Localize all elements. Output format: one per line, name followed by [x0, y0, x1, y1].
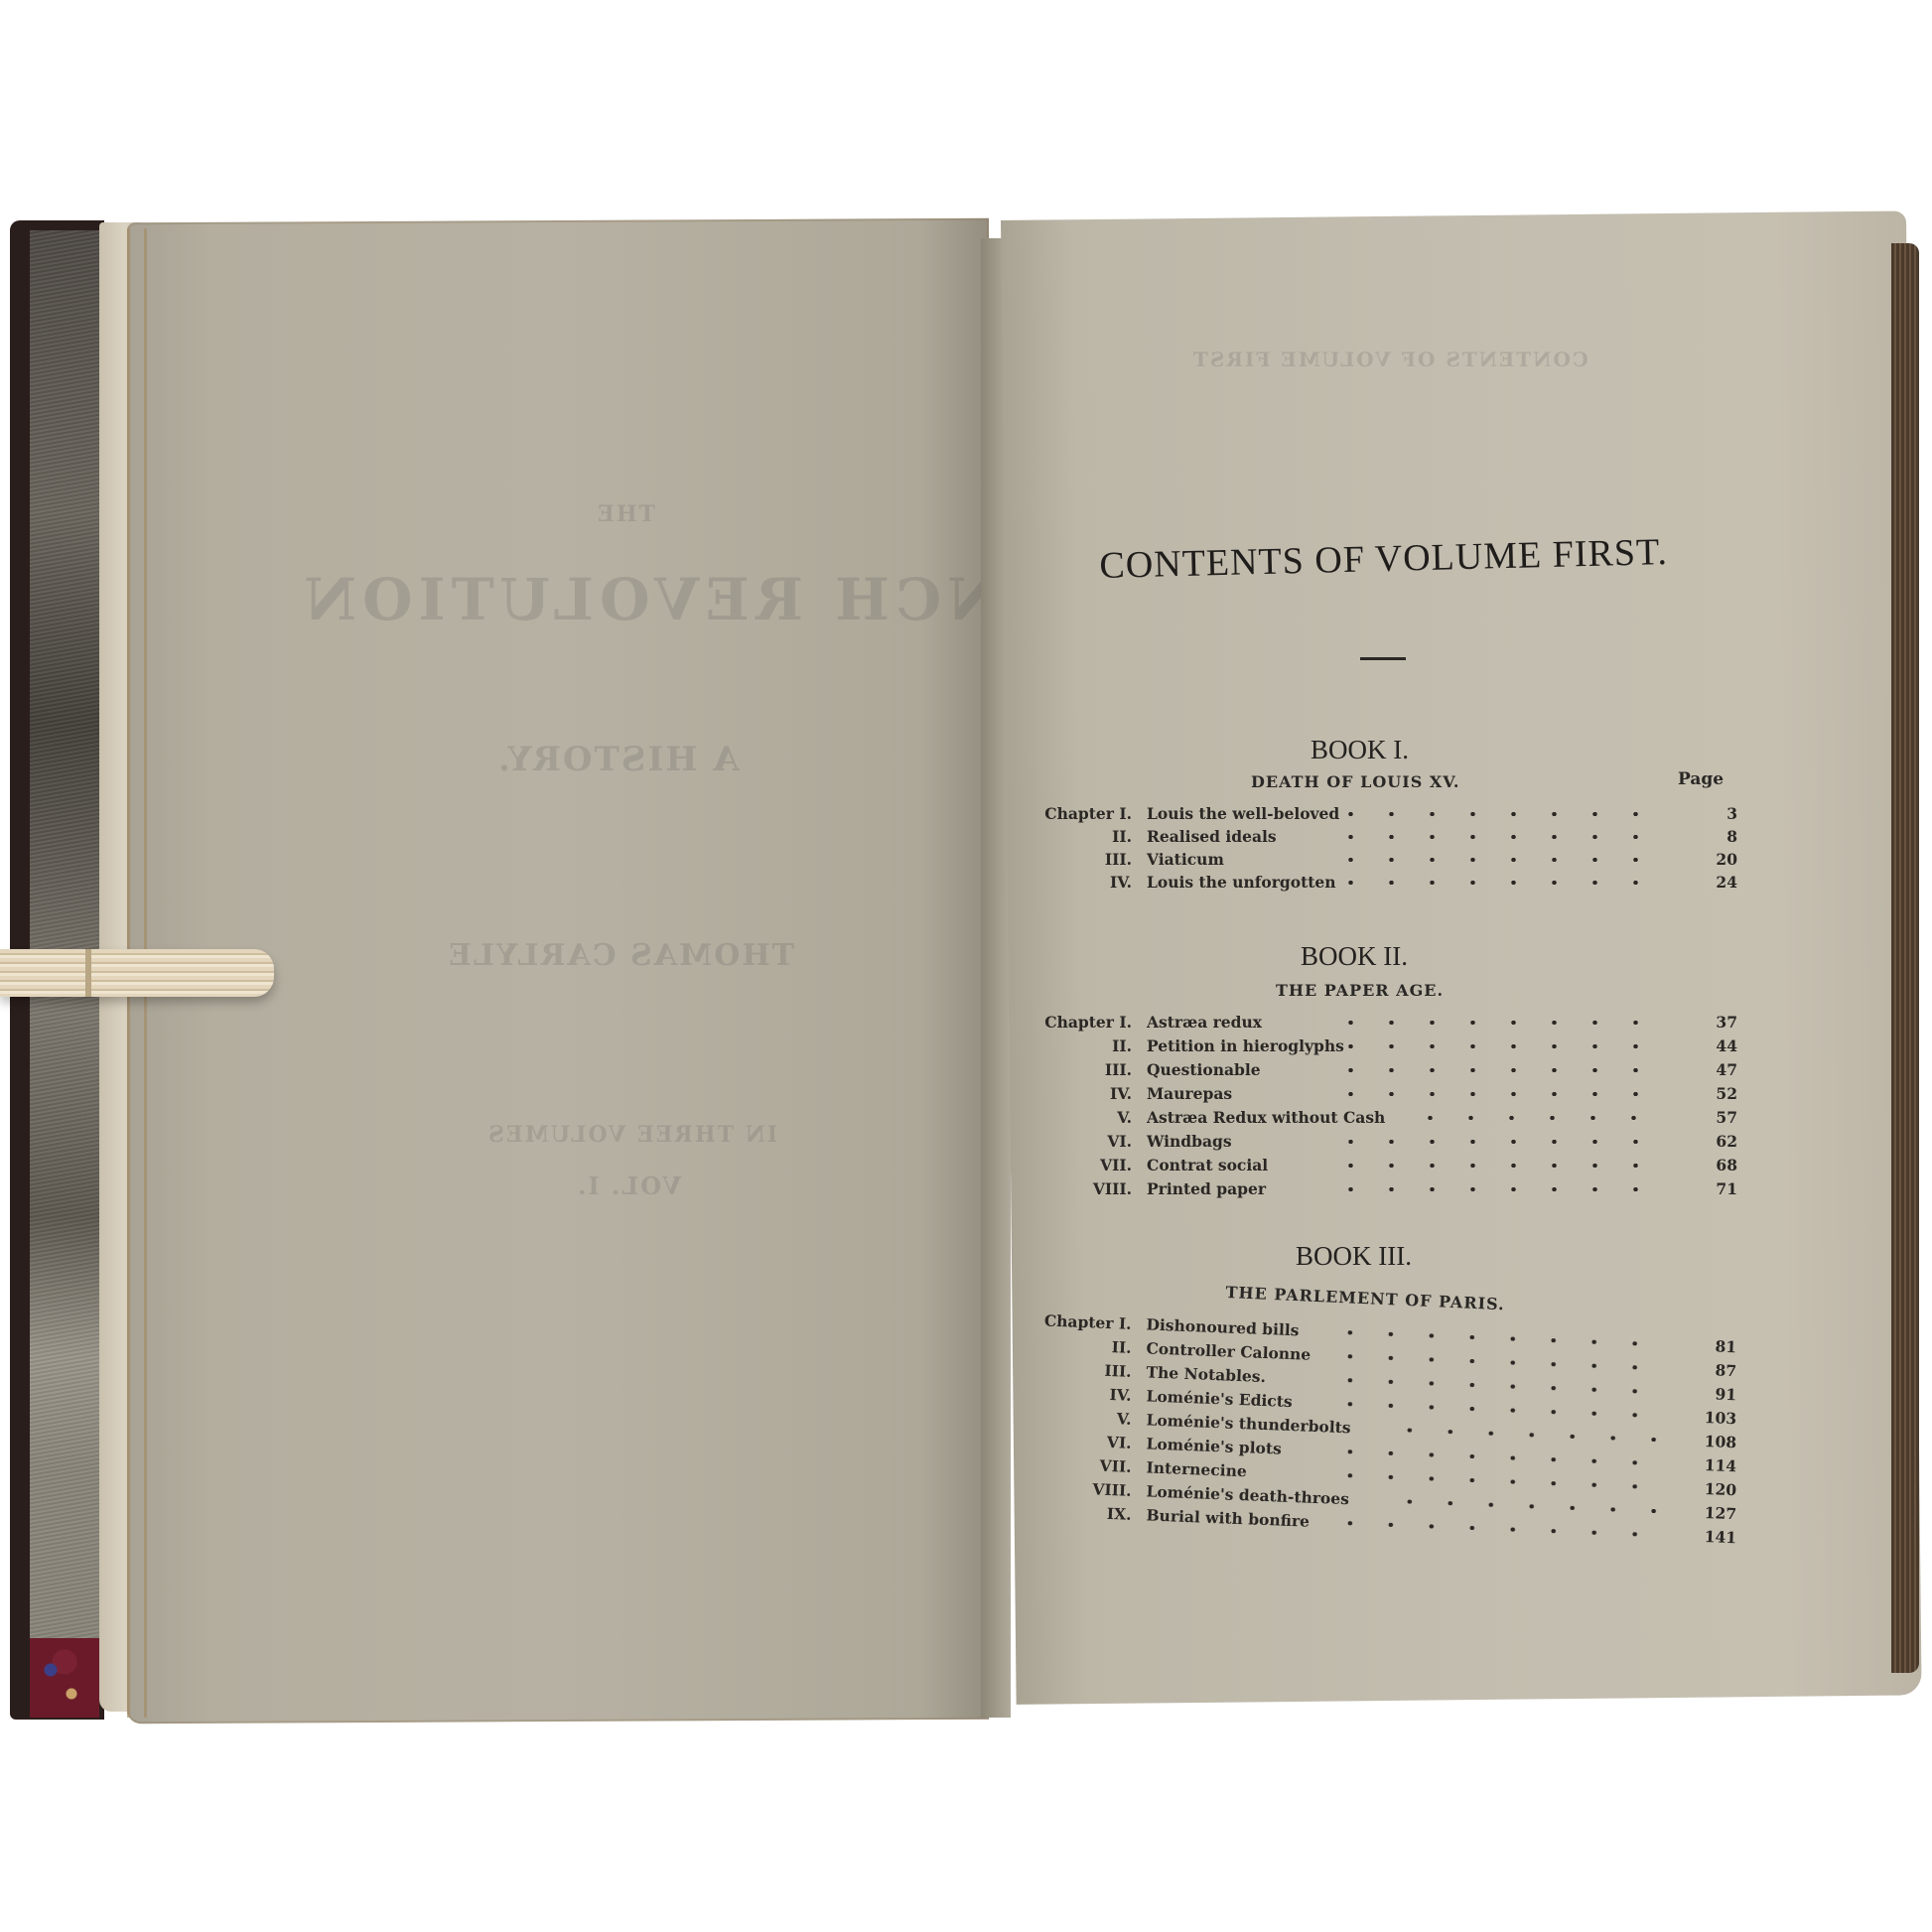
- chapter-page: 24: [1668, 873, 1737, 892]
- leader-dots: [1410, 1116, 1658, 1120]
- showthrough-line: VOL. I.: [576, 1172, 681, 1200]
- marbled-endpaper: [30, 1638, 99, 1718]
- leader-dots: [1329, 1378, 1657, 1395]
- showthrough-line: IN THREE VOLUMES: [486, 1122, 777, 1148]
- chapter-title: Windbags: [1147, 1132, 1232, 1151]
- chapter-page: 120: [1667, 1478, 1737, 1500]
- leader-dots: [1329, 1449, 1657, 1466]
- chapter-title: The Notables.: [1146, 1362, 1266, 1386]
- chapter-page: 141: [1667, 1526, 1737, 1548]
- book-heading: BOOK II.: [1301, 941, 1408, 972]
- toc-row: VIII. Printed paper 71: [1033, 1179, 1747, 1201]
- chapter-number: II.: [1112, 1036, 1132, 1055]
- chapter-title: Viaticum: [1147, 850, 1224, 869]
- chapter-page: 62: [1668, 1132, 1737, 1151]
- chapter-number: III.: [1105, 850, 1132, 869]
- chapter-title: Louis the well-beloved: [1147, 804, 1339, 823]
- chapter-title: Realised ideals: [1147, 827, 1277, 846]
- leader-dots: [1330, 858, 1658, 862]
- chapter-title: Loménie's plots: [1146, 1434, 1282, 1457]
- toc-row: II. Petition in hieroglyphs 44: [1033, 1036, 1747, 1058]
- showthrough-line: A HISTORY.: [496, 740, 740, 779]
- pencil: [0, 949, 274, 997]
- toc-row: II. Realised ideals 8: [1033, 827, 1747, 849]
- page-column-label: Page: [1678, 769, 1724, 789]
- chapter-title: Internecine: [1146, 1457, 1247, 1480]
- chapter-number: Chapter I.: [1044, 1311, 1132, 1332]
- toc-row: III. Questionable 47: [1033, 1060, 1747, 1082]
- chapter-page: 57: [1668, 1108, 1737, 1127]
- leader-dots: [1330, 812, 1658, 816]
- toc-row: IV. Louis the unforgotten 24: [1033, 873, 1747, 895]
- chapter-title: Astræa Redux without Cash: [1147, 1108, 1385, 1127]
- chapter-title: Printed paper: [1147, 1179, 1266, 1198]
- chapter-page: 114: [1667, 1454, 1737, 1476]
- chapter-title: Louis the unforgotten: [1147, 873, 1336, 892]
- pencil-band: [85, 949, 91, 997]
- toc-row: VI. Windbags 62: [1033, 1132, 1747, 1154]
- leader-dots: [1330, 1092, 1658, 1096]
- chapter-number: IX.: [1107, 1504, 1132, 1524]
- chapter-number: VIII.: [1093, 1179, 1132, 1198]
- leader-dots: [1329, 1521, 1657, 1538]
- toc-row: IV. Maurepas 52: [1033, 1084, 1747, 1106]
- chapter-number: II.: [1111, 1337, 1132, 1357]
- chapter-number: VI.: [1107, 1433, 1132, 1452]
- toc-row: V. Astræa Redux without Cash 57: [1033, 1108, 1747, 1130]
- chapter-number: VII.: [1100, 1156, 1132, 1174]
- leader-dots: [1329, 1330, 1657, 1347]
- chapter-title: Petition in hieroglyphs: [1147, 1036, 1344, 1055]
- showthrough-header: CONTENTS OF VOLUME FIRST: [1191, 347, 1588, 371]
- chapter-page: 108: [1667, 1431, 1737, 1452]
- chapter-number: VIII.: [1092, 1479, 1132, 1499]
- toc-row: III. Viaticum 20: [1033, 850, 1747, 872]
- leader-dots: [1330, 835, 1658, 839]
- title-rule: [1360, 657, 1406, 660]
- showthrough-line: THE: [596, 501, 655, 527]
- toc-row: Chapter I. Astræa redux 37: [1033, 1013, 1747, 1035]
- book-photo: THE FRENCH REVOLUTION A HISTORY. THOMAS …: [0, 0, 1932, 1932]
- chapter-number: Chapter I.: [1044, 804, 1132, 823]
- chapter-number: IV.: [1110, 873, 1132, 892]
- chapter-title: Contrat social: [1147, 1156, 1268, 1174]
- chapter-page: 44: [1668, 1036, 1737, 1055]
- leader-dots: [1330, 1164, 1658, 1168]
- leader-dots: [1330, 1068, 1658, 1072]
- leader-dots: [1330, 1044, 1658, 1048]
- chapter-page: 47: [1668, 1060, 1737, 1079]
- chapter-number: IV.: [1109, 1385, 1132, 1405]
- book-subtitle: THE PAPER AGE.: [1276, 981, 1444, 1000]
- toc-row: VII. Contrat social 68: [1033, 1156, 1747, 1177]
- chapter-page: 3: [1668, 804, 1737, 823]
- chapter-page: 87: [1667, 1359, 1737, 1381]
- chapter-page: 8: [1668, 827, 1737, 846]
- showthrough-line: THOMAS CARLYLE: [447, 938, 794, 973]
- chapter-title: Astræa redux: [1147, 1013, 1262, 1032]
- chapter-number: VI.: [1107, 1132, 1132, 1151]
- leader-dots: [1330, 1021, 1658, 1025]
- leader-dots: [1330, 1187, 1658, 1191]
- book-subtitle: DEATH OF LOUIS XV.: [1251, 772, 1459, 791]
- chapter-page: 91: [1667, 1383, 1737, 1405]
- leader-dots: [1389, 1428, 1657, 1442]
- leader-dots: [1389, 1499, 1657, 1513]
- chapter-page: 71: [1668, 1179, 1737, 1198]
- leader-dots: [1330, 1140, 1658, 1144]
- chapter-number: IV.: [1110, 1084, 1132, 1103]
- chapter-number: III.: [1104, 1361, 1132, 1381]
- chapter-title: Questionable: [1147, 1060, 1261, 1079]
- chapter-number: Chapter I.: [1044, 1013, 1132, 1032]
- toc-row: Chapter I. Louis the well-beloved 3: [1033, 804, 1747, 826]
- leader-dots: [1329, 1402, 1657, 1419]
- chapter-page: 20: [1668, 850, 1737, 869]
- chapter-number: VII.: [1099, 1456, 1132, 1476]
- chapter-number: III.: [1105, 1060, 1132, 1079]
- chapter-page: 81: [1667, 1335, 1737, 1357]
- endpaper-illustration: [30, 230, 99, 1640]
- page-fore-edge: [1891, 243, 1919, 1673]
- chapter-page: 103: [1667, 1407, 1737, 1429]
- chapter-page: 68: [1668, 1156, 1737, 1174]
- leader-dots: [1329, 1473, 1657, 1490]
- chapter-page: 37: [1668, 1013, 1737, 1032]
- chapter-number: II.: [1112, 827, 1132, 846]
- chapter-number: V.: [1116, 1409, 1131, 1429]
- leader-dots: [1330, 881, 1658, 885]
- chapter-number: V.: [1117, 1108, 1132, 1127]
- chapter-page: 127: [1667, 1502, 1737, 1524]
- chapter-page: 52: [1668, 1084, 1737, 1103]
- book-heading: BOOK I.: [1311, 735, 1409, 765]
- chapter-title: Maurepas: [1147, 1084, 1232, 1103]
- book-heading: BOOK III.: [1296, 1241, 1412, 1272]
- leader-dots: [1329, 1354, 1657, 1371]
